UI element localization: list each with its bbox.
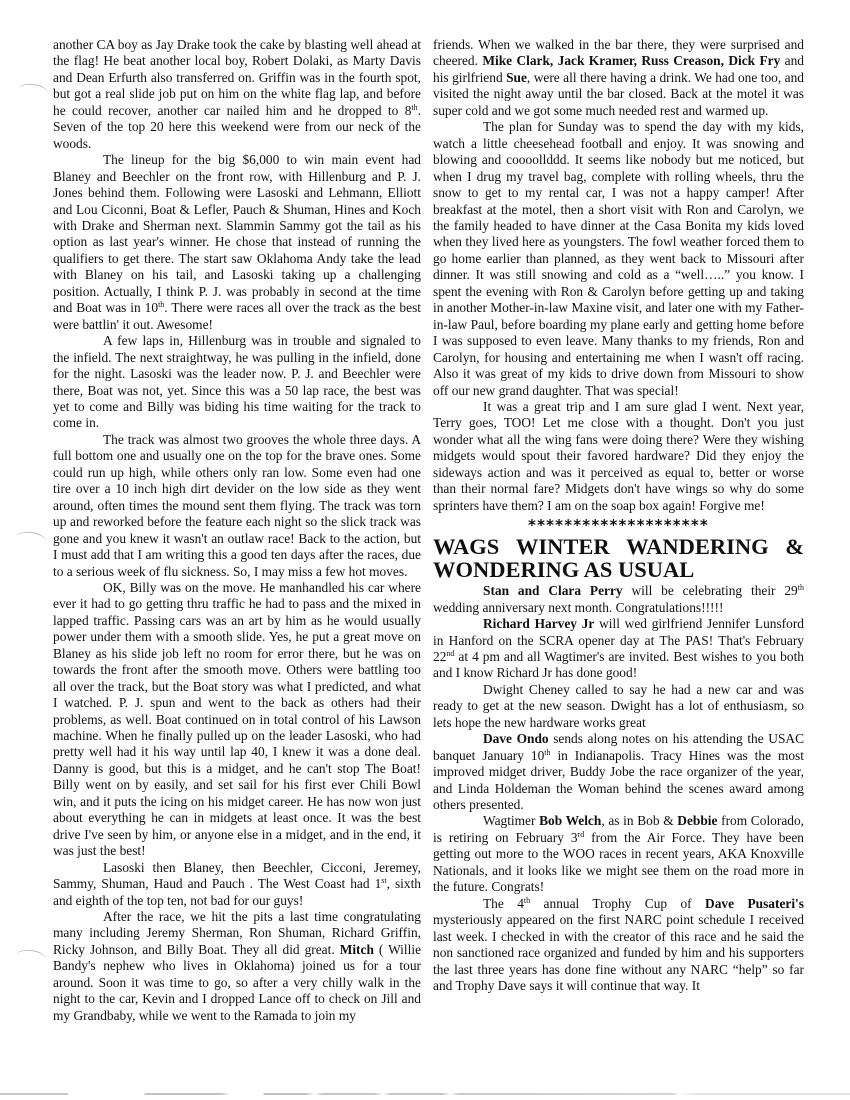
- headline-word: WINTER: [516, 535, 610, 558]
- paragraph: It was a great trip and I am sure glad I…: [433, 399, 804, 514]
- superscript: th: [798, 583, 804, 592]
- paragraph: The plan for Sunday was to spend the day…: [433, 119, 804, 399]
- scan-mark: [15, 948, 47, 967]
- bold-names: Mike Clark, Jack Kramer, Russ Creason, D…: [482, 53, 780, 68]
- section-divider: ********************: [433, 516, 804, 534]
- text: , as in Bob &: [601, 813, 677, 828]
- text: at 4 pm and all Wagtimer's are invited. …: [433, 649, 804, 680]
- paragraph: A few laps in, Hillenburg was in trouble…: [53, 333, 421, 432]
- text: The lineup for the big $6,000 to win mai…: [53, 152, 421, 315]
- paragraph: OK, Billy was on the move. He manhandled…: [53, 580, 421, 860]
- text: wedding anniversary next month. Congratu…: [433, 600, 723, 615]
- right-column: friends. When we walked in the bar there…: [433, 37, 804, 994]
- newsletter-page: another CA boy as Jay Drake took the cak…: [0, 0, 850, 1100]
- paragraph: The track was almost two grooves the who…: [53, 432, 421, 580]
- bold-name: Debbie: [677, 813, 717, 828]
- news-item: Dave Ondo sends along notes on his atten…: [433, 731, 804, 813]
- news-item: Dwight Cheney called to say he had a new…: [433, 682, 804, 731]
- news-item: The 4th annual Trophy Cup of Dave Pusate…: [433, 896, 804, 995]
- paragraph: The lineup for the big $6,000 to win mai…: [53, 152, 421, 333]
- bold-name: Sue: [506, 70, 527, 85]
- paragraph: another CA boy as Jay Drake took the cak…: [53, 37, 421, 152]
- paragraph: Lasoski then Blaney, then Beechler, Cicc…: [53, 860, 421, 909]
- bold-name: Dave Pusateri's: [705, 896, 804, 911]
- paragraph: After the race, we hit the pits a last t…: [53, 909, 421, 1024]
- news-item: Stan and Clara Perry will be celebrating…: [433, 583, 804, 616]
- headline-word: WAGS: [433, 535, 499, 558]
- text: mysteriously appeared on the first NARC …: [433, 912, 804, 993]
- paragraph: friends. When we walked in the bar there…: [433, 37, 804, 119]
- text: Wagtimer: [483, 813, 539, 828]
- news-item: Richard Harvey Jr will wed girlfriend Je…: [433, 616, 804, 682]
- text: will be celebrating their 29: [623, 583, 798, 598]
- left-column: another CA boy as Jay Drake took the cak…: [53, 37, 421, 1024]
- text: Lasoski then Blaney, then Beechler, Cicc…: [53, 860, 421, 891]
- headline-word: WANDERING: [626, 535, 769, 558]
- bold-name: Dave Ondo: [483, 731, 549, 746]
- scan-mark: [17, 82, 49, 101]
- headline-line-1: WAGS WINTER WANDERING &: [433, 535, 804, 558]
- bold-name: Bob Welch: [539, 813, 601, 828]
- scan-bottom-edge: [0, 1093, 850, 1095]
- headline-line-2: WONDERING AS USUAL: [433, 558, 804, 581]
- bold-name: Stan and Clara Perry: [483, 583, 623, 598]
- section-headline: WAGS WINTER WANDERING & WONDERING AS USU…: [433, 535, 804, 581]
- headline-word: &: [785, 535, 804, 558]
- text: annual Trophy Cup of: [530, 896, 705, 911]
- bold-name: Mitch: [340, 942, 374, 957]
- news-item: Wagtimer Bob Welch, as in Bob & Debbie f…: [433, 813, 804, 895]
- bold-name: Richard Harvey Jr: [483, 616, 594, 631]
- text: another CA boy as Jay Drake took the cak…: [53, 37, 421, 118]
- scan-mark: [15, 530, 47, 549]
- text: The 4: [483, 896, 524, 911]
